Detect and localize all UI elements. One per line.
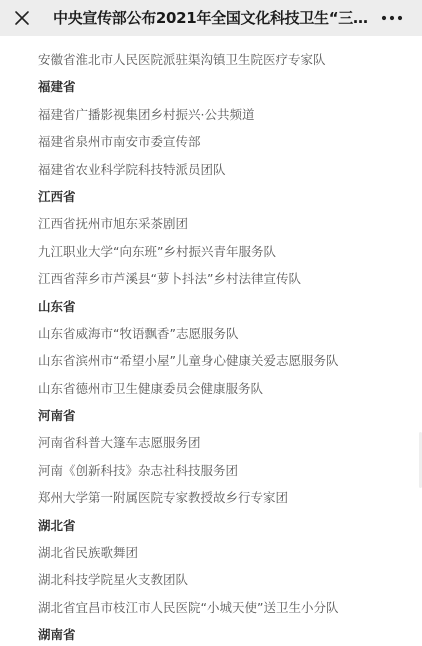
list-item: 福建省农业科学院科技特派员团队 xyxy=(38,156,338,183)
province-heading: 江西省 xyxy=(38,183,338,210)
list-item: 湖北科技学院星火支教团队 xyxy=(38,566,338,593)
list-item: 福建省泉州市南安市委宣传部 xyxy=(38,128,338,155)
list-item: 山东省滨州市“希望小屋”儿童身心健康关爱志愿服务队 xyxy=(38,347,338,374)
list-item: 九江职业大学“向东班”乡村振兴青年服务队 xyxy=(38,238,338,265)
list-item: 福建省广播影视集团乡村振兴·公共频道 xyxy=(38,101,338,128)
top-nav-bar: 中央宣传部公布2021年全国文化科技卫生“三… xyxy=(0,0,422,36)
list-item: 河南《创新科技》杂志社科技服务团 xyxy=(38,457,338,484)
more-horizontal-icon xyxy=(381,15,403,21)
list-item: 郑州大学第一附属医院专家教授故乡行专家团 xyxy=(38,484,338,511)
province-heading: 湖南省 xyxy=(38,621,338,646)
list-item: 江西省抚州市旭东采茶剧团 xyxy=(38,210,338,237)
list-item: 河南省科普大篷车志愿服务团 xyxy=(38,429,338,456)
more-options-button[interactable] xyxy=(376,6,408,30)
province-heading: 河南省 xyxy=(38,402,338,429)
award-list: 安徽省淮北市人民医院派驻渠沟镇卫生院医疗专家队 福建省 福建省广播影视集团乡村振… xyxy=(38,46,338,646)
page-title: 中央宣传部公布2021年全国文化科技卫生“三… xyxy=(53,0,371,36)
list-item: 湖北省宜昌市枝江市人民医院“小城天使”送卫生小分队 xyxy=(38,594,338,621)
close-button[interactable] xyxy=(10,6,34,30)
list-item: 山东省威海市“牧语飘香”志愿服务队 xyxy=(38,320,338,347)
close-icon xyxy=(14,10,30,26)
list-item: 山东省德州市卫生健康委员会健康服务队 xyxy=(38,375,338,402)
article-content: 安徽省淮北市人民医院派驻渠沟镇卫生院医疗专家队 福建省 福建省广播影视集团乡村振… xyxy=(0,36,422,646)
list-item: 江西省萍乡市芦溪县“萝卜抖法”乡村法律宣传队 xyxy=(38,265,338,292)
list-item: 湖北省民族歌舞团 xyxy=(38,539,338,566)
province-heading: 山东省 xyxy=(38,293,338,320)
list-item: 安徽省淮北市人民医院派驻渠沟镇卫生院医疗专家队 xyxy=(38,46,338,73)
province-heading: 福建省 xyxy=(38,73,338,100)
province-heading: 湖北省 xyxy=(38,512,338,539)
